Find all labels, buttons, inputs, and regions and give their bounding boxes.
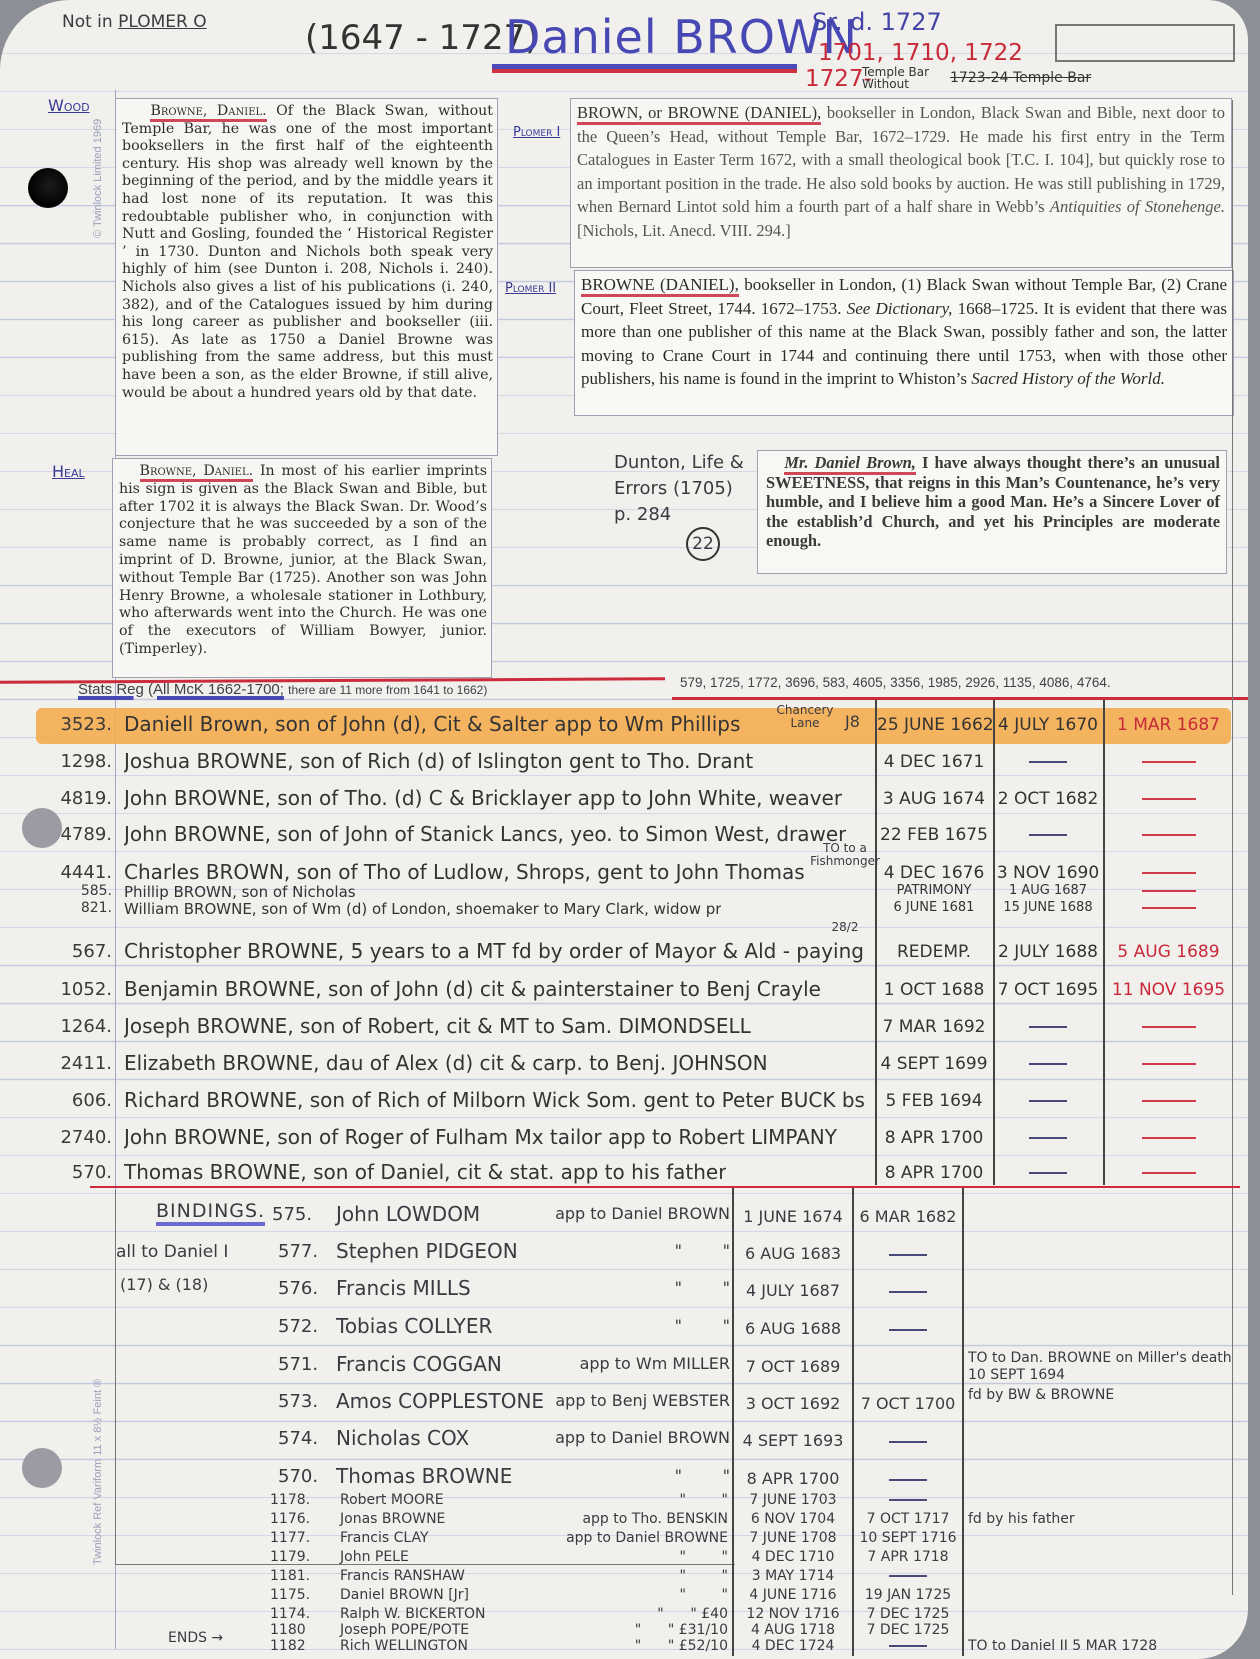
- freed-date: [855, 1319, 961, 1338]
- binding-number: 1177.: [270, 1530, 310, 1546]
- binding-row: 575.John LOWDOMapp to Daniel BROWN1 JUNE…: [0, 1200, 1248, 1236]
- binding-note: TO to Dan. BROWNE on Miller's death 10 S…: [968, 1350, 1233, 1384]
- livery-date: [1105, 825, 1232, 845]
- livery-date: 5 AUG 1689: [1105, 942, 1232, 962]
- bound-date: 4 SEPT 1693: [736, 1431, 850, 1450]
- apprentice-entry: William BROWNE, son of Wm (d) of London,…: [124, 900, 721, 918]
- freed-date: 6 MAR 1682: [855, 1207, 961, 1226]
- dash-mark: [1029, 1172, 1067, 1174]
- apprentice-row: 821.William BROWNE, son of Wm (d) of Lon…: [0, 900, 1248, 918]
- binding-row: 571.Francis COGGANapp to Wm MILLER7 OCT …: [0, 1350, 1248, 1386]
- apprentice-row: 567.Christopher BROWNE, 5 years to a MT …: [0, 935, 1248, 971]
- plomer-i-heading: BROWN, or BROWNE (DANIEL),: [577, 103, 821, 125]
- entry-note: TO to a Fishmonger: [810, 842, 880, 868]
- register-number: 2411.: [40, 1053, 112, 1074]
- binding-row: 577.Stephen PIDGEON" "6 AUG 1683: [0, 1237, 1248, 1273]
- bound-date: 4 DEC 1671: [877, 752, 991, 772]
- binding-name: Francis RANSHAW: [340, 1568, 465, 1584]
- heal-label: Heal: [52, 462, 85, 481]
- dash-mark: [1142, 907, 1196, 909]
- dash-mark: [1029, 1100, 1067, 1102]
- binding-number: 573.: [278, 1391, 318, 1412]
- bound-date: 3 OCT 1692: [736, 1394, 850, 1413]
- lifespan: (1647 - 1727): [305, 18, 538, 58]
- binding-master: " " £52/10: [500, 1638, 728, 1654]
- dash-mark: [1142, 1137, 1196, 1139]
- binding-number: 575.: [272, 1204, 312, 1225]
- binding-master: app to Daniel BROWN: [505, 1428, 730, 1447]
- bound-date: 12 NOV 1716: [736, 1606, 850, 1622]
- freed-date: 2 JULY 1688: [995, 942, 1101, 962]
- bound-date: 7 OCT 1689: [736, 1357, 850, 1376]
- binding-number: 1181.: [270, 1568, 310, 1584]
- freed-date: [855, 1568, 961, 1584]
- binding-name: Stephen PIDGEON: [336, 1239, 518, 1263]
- binding-row: 576.Francis MILLS" "4 JULY 1687: [0, 1274, 1248, 1310]
- binding-number: 1180: [270, 1622, 306, 1638]
- binding-row: 573.Amos COPPLESTONEapp to Benj WEBSTER3…: [0, 1387, 1248, 1423]
- freed-date: [855, 1492, 961, 1508]
- apprentice-entry: Christopher BROWNE, 5 years to a MT fd b…: [124, 939, 864, 963]
- apprentice-row: 606.Richard BROWNE, son of Rich of Milbo…: [0, 1084, 1248, 1120]
- apprentice-row: 585.Phillip BROWN, son of NicholasPATRIM…: [0, 883, 1248, 901]
- dash-mark: [1142, 872, 1196, 874]
- binding-master: app to Tho. BENSKIN: [500, 1511, 728, 1527]
- livery-date: [1105, 1163, 1232, 1183]
- binding-row: 1175.Daniel BROWN [Jr]" "4 JUNE 171619 J…: [0, 1587, 1248, 1605]
- livery-date: [1105, 789, 1232, 809]
- dash-mark: [1029, 1026, 1067, 1028]
- register-number: 821.: [40, 900, 112, 916]
- freed-date: 7 DEC 1725: [855, 1606, 961, 1622]
- register-number: 567.: [40, 941, 112, 962]
- bound-date: 4 JULY 1687: [736, 1281, 850, 1300]
- bound-date: 4 DEC 1710: [736, 1549, 850, 1565]
- binding-name: Francis COGGAN: [336, 1352, 502, 1376]
- freed-date: 2 OCT 1682: [995, 789, 1101, 809]
- title-underline-red: [492, 69, 797, 73]
- binding-name: John PELE: [340, 1549, 409, 1565]
- entry-note: 28/2: [810, 921, 880, 934]
- freed-date: [995, 1128, 1101, 1148]
- freed-date: [855, 1281, 961, 1300]
- livery-date: [1105, 1091, 1232, 1111]
- heal-heading: Browne, Daniel.: [140, 463, 254, 482]
- binding-number: 1176.: [270, 1511, 310, 1527]
- bound-date: 7 JUNE 1708: [736, 1530, 850, 1546]
- binding-name: Tobias COLLYER: [336, 1314, 492, 1338]
- livery-date: 1 MAR 1687: [1105, 715, 1232, 735]
- apprentice-row: 2740.John BROWNE, son of Roger of Fulham…: [0, 1121, 1248, 1157]
- binding-row: 1182Rich WELLINGTON" " £52/104 DEC 1724T…: [0, 1638, 1248, 1656]
- binding-row: 1177.Francis CLAYapp to Daniel BROWNE7 J…: [0, 1530, 1248, 1548]
- binding-row: 1181.Francis RANSHAW" "3 MAY 1714: [0, 1568, 1248, 1586]
- binding-number: 1179.: [270, 1549, 310, 1565]
- binding-name: Francis MILLS: [336, 1276, 471, 1300]
- apprentice-row: 1298.Joshua BROWNE, son of Rich (d) of I…: [0, 745, 1248, 781]
- freed-date: [855, 1469, 961, 1488]
- dunton-source-note: Dunton, Life & Errors (1705) p. 284: [614, 450, 744, 528]
- dash-mark: [1142, 890, 1196, 892]
- freed-date: 10 SEPT 1716: [855, 1530, 961, 1546]
- red-years-note: 1701, 1710, 1722: [818, 40, 1023, 66]
- freed-date: 3 NOV 1690: [995, 863, 1101, 883]
- binding-name: Daniel BROWN [Jr]: [340, 1587, 469, 1603]
- binding-master: " " £40: [500, 1606, 728, 1622]
- bound-date: 4 DEC 1676: [877, 863, 991, 883]
- binding-number: 571.: [278, 1354, 318, 1375]
- plomer-ii-label: Plomer II: [505, 282, 570, 296]
- bound-date: 6 AUG 1688: [736, 1319, 850, 1338]
- freed-date: [995, 825, 1101, 845]
- bound-date: 4 AUG 1718: [736, 1622, 850, 1638]
- register-number: 4819.: [40, 788, 112, 809]
- dash-mark: [1029, 834, 1067, 836]
- bound-date: REDEMP.: [877, 942, 991, 962]
- dash-mark: [889, 1291, 927, 1293]
- apprentice-entry: Daniell Brown, son of John (d), Cit & Sa…: [124, 712, 740, 736]
- livery-date: [1105, 1054, 1232, 1074]
- apprentice-entry: Joseph BROWNE, son of Robert, cit & MT t…: [124, 1014, 751, 1038]
- apprentice-row: 3523.Daniell Brown, son of John (d), Cit…: [0, 708, 1248, 744]
- binding-number: 574.: [278, 1428, 318, 1449]
- register-number: 1264.: [40, 1016, 112, 1037]
- freed-date: 1 AUG 1687: [995, 883, 1101, 898]
- apprentice-row: 1264.Joseph BROWNE, son of Robert, cit &…: [0, 1010, 1248, 1046]
- red-divider: [90, 1186, 1240, 1188]
- red-divider: [672, 697, 1248, 700]
- binding-master: " ": [505, 1278, 730, 1297]
- apprentice-row: 1052.Benjamin BROWNE, son of John (d) ci…: [0, 973, 1248, 1009]
- binding-name: Nicholas COX: [336, 1426, 469, 1450]
- binding-number: 577.: [278, 1241, 318, 1262]
- binding-row: 1176.Jonas BROWNEapp to Tho. BENSKIN6 NO…: [0, 1511, 1248, 1529]
- livery-date: [1105, 752, 1232, 772]
- bound-date: 8 APR 1700: [877, 1128, 991, 1148]
- bound-date: 25 JUNE 1662: [877, 715, 991, 735]
- bound-date: 8 APR 1700: [877, 1163, 991, 1183]
- apprentice-entry: Phillip BROWN, son of Nicholas: [124, 883, 356, 901]
- dash-mark: [1142, 1100, 1196, 1102]
- bound-date: 1 JUNE 1674: [736, 1207, 850, 1226]
- binding-number: 1178.: [270, 1492, 310, 1508]
- binding-master: " ": [500, 1492, 728, 1508]
- binding-number: 1182: [270, 1638, 306, 1654]
- stats-reg-note: Stats Reg (All McK 1662-1700; there are …: [78, 681, 487, 698]
- freed-date: 7 OCT 1700: [855, 1394, 961, 1413]
- freed-date: 7 APR 1718: [855, 1549, 961, 1565]
- bound-date: 4 SEPT 1699: [877, 1054, 991, 1074]
- apprentice-entry: John BROWNE, son of Roger of Fulham Mx t…: [124, 1125, 837, 1149]
- register-number: 1298.: [40, 751, 112, 772]
- binding-name: Joseph POPE/POTE: [340, 1622, 469, 1638]
- dash-mark: [889, 1254, 927, 1256]
- entry-note: Chancery Lane: [775, 704, 835, 730]
- stats-reg-numbers: 579, 1725, 1772, 3696, 583, 4605, 3356, …: [680, 675, 1111, 690]
- bound-date: 7 MAR 1692: [877, 1017, 991, 1037]
- freed-date: 19 JAN 1725: [855, 1587, 961, 1603]
- register-number: 3523.: [40, 714, 112, 735]
- binding-row: 1179.John PELE" "4 DEC 17107 APR 1718: [0, 1549, 1248, 1567]
- plomer-i-label: Plomer I: [513, 126, 563, 140]
- binding-master: " ": [505, 1241, 730, 1260]
- binding-name: Jonas BROWNE: [340, 1511, 445, 1527]
- register-number: 4441.: [40, 862, 112, 883]
- bound-date: 3 MAY 1714: [736, 1568, 850, 1584]
- binding-master: app to Daniel BROWN: [505, 1204, 730, 1223]
- bound-date: PATRIMONY: [877, 883, 991, 898]
- twinlock-imprint-top: © Twinlock Limited 1969: [92, 119, 104, 238]
- binding-name: John LOWDOM: [336, 1202, 480, 1226]
- register-number: 606.: [40, 1090, 112, 1111]
- freed-date: [855, 1244, 961, 1263]
- bound-date: 4 JUNE 1716: [736, 1587, 850, 1603]
- record-card: © Twinlock Limited 1969 Twinlock Ref Var…: [0, 0, 1248, 1659]
- binding-master: " ": [500, 1549, 728, 1565]
- dash-mark: [889, 1499, 927, 1501]
- apprentice-entry: Joshua BROWNE, son of Rich (d) of Isling…: [124, 749, 753, 773]
- freed-date: 7 DEC 1725: [855, 1622, 961, 1638]
- page-title: Daniel BROWN: [505, 10, 858, 64]
- dash-mark: [889, 1441, 927, 1443]
- dash-mark: [889, 1575, 927, 1577]
- dash-mark: [1142, 798, 1196, 800]
- binding-name: Thomas BROWNE: [336, 1464, 512, 1488]
- register-number: 2740.: [40, 1127, 112, 1148]
- heal-clipping: Browne, Daniel. In most of his earlier i…: [112, 458, 492, 678]
- bound-date: 22 FEB 1675: [877, 825, 991, 845]
- bound-date: 3 AUG 1674: [877, 789, 991, 809]
- bound-date: 1 OCT 1688: [877, 980, 991, 1000]
- dash-mark: [889, 1479, 927, 1481]
- plomer-ii-clipping: BROWNE (DANIEL), bookseller in London, (…: [574, 270, 1234, 416]
- temple-bar-note: Temple Bar Without: [862, 66, 929, 90]
- bound-date: 6 NOV 1704: [736, 1511, 850, 1527]
- bound-date: 4 DEC 1724: [736, 1638, 850, 1654]
- binding-master: app to Wm MILLER: [505, 1354, 730, 1373]
- freed-date: [855, 1638, 961, 1654]
- senior-death-note: Sr. d. 1727: [812, 8, 942, 36]
- dash-mark: [1029, 1137, 1067, 1139]
- binding-note: fd by BW & BROWNE: [968, 1387, 1233, 1404]
- dash-mark: [889, 1645, 927, 1647]
- struck-out-note: 1723-24 Temple Bar: [950, 70, 1091, 86]
- livery-date: [1105, 900, 1232, 915]
- register-number: 570.: [40, 1162, 112, 1183]
- dash-mark: [1142, 1063, 1196, 1065]
- binding-row: 572.Tobias COLLYER" "6 AUG 1688: [0, 1312, 1248, 1348]
- freed-date: [995, 1163, 1101, 1183]
- freed-date: 15 JUNE 1688: [995, 900, 1101, 915]
- binding-master: app to Daniel BROWNE: [500, 1530, 728, 1546]
- livery-date: [1105, 883, 1232, 898]
- dash-mark: [1029, 1063, 1067, 1065]
- dunton-clipping: Mr. Daniel Brown, I have always thought …: [757, 450, 1227, 574]
- bound-date: 6 JUNE 1681: [877, 900, 991, 915]
- freed-date: [855, 1431, 961, 1450]
- punch-hole: [28, 168, 68, 208]
- freed-date: [995, 1017, 1101, 1037]
- apprentice-entry: Elizabeth BROWNE, dau of Alex (d) cit & …: [124, 1051, 768, 1075]
- apprentice-entry: John BROWNE, son of John of Stanick Lanc…: [124, 822, 846, 846]
- dash-mark: [1142, 1026, 1196, 1028]
- binding-number: 1174.: [270, 1606, 310, 1622]
- binding-number: 572.: [278, 1316, 318, 1337]
- binding-name: Robert MOORE: [340, 1492, 444, 1508]
- apprentice-row: 4819.John BROWNE, son of Tho. (d) C & Br…: [0, 782, 1248, 818]
- binding-number: 576.: [278, 1278, 318, 1299]
- freed-date: 4 JULY 1670: [995, 715, 1101, 735]
- binding-name: Francis CLAY: [340, 1530, 429, 1546]
- apprentice-entry: John BROWNE, son of Tho. (d) C & Brickla…: [124, 786, 842, 810]
- binding-row: 1178.Robert MOORE" "7 JUNE 1703: [0, 1492, 1248, 1510]
- binding-note: TO to Daniel II 5 MAR 1728: [968, 1638, 1157, 1654]
- entry-flag: J8: [845, 712, 860, 731]
- binding-master: app to Benj WEBSTER: [505, 1391, 730, 1410]
- apprentice-row: 2411.Elizabeth BROWNE, dau of Alex (d) c…: [0, 1047, 1248, 1083]
- dash-mark: [889, 1329, 927, 1331]
- index-box: [1055, 24, 1235, 62]
- wood-clipping: Browne, Daniel. Of the Black Swan, witho…: [115, 98, 498, 456]
- apprentice-entry: Thomas BROWNE, son of Daniel, cit & stat…: [124, 1160, 726, 1184]
- livery-date: [1105, 1128, 1232, 1148]
- not-in-plomer-note: Not in PLOMER O: [62, 12, 207, 32]
- binding-row: 574.Nicholas COXapp to Daniel BROWN4 SEP…: [0, 1424, 1248, 1460]
- binding-master: " ": [500, 1568, 728, 1584]
- binding-number: 570.: [278, 1466, 318, 1487]
- bound-date: 5 FEB 1694: [877, 1091, 991, 1111]
- apprentice-row: 4789.John BROWNE, son of John of Stanick…: [0, 818, 1248, 854]
- binding-name: Rich WELLINGTON: [340, 1638, 468, 1654]
- bound-date: 6 AUG 1683: [736, 1244, 850, 1263]
- dash-mark: [1142, 834, 1196, 836]
- apprentice-entry: Charles BROWN, son of Tho of Ludlow, Shr…: [124, 860, 805, 884]
- binding-name: Ralph W. BICKERTON: [340, 1606, 486, 1622]
- binding-number: 1175.: [270, 1587, 310, 1603]
- register-number: 1052.: [40, 979, 112, 1000]
- freed-date: 7 OCT 1695: [995, 980, 1101, 1000]
- apprentice-entry: Richard BROWNE, son of Rich of Milborn W…: [124, 1088, 865, 1112]
- plomer-i-clipping: BROWN, or BROWNE (DANIEL), bookseller in…: [570, 98, 1232, 268]
- dash-mark: [1142, 761, 1196, 763]
- bound-date: 8 APR 1700: [736, 1469, 850, 1488]
- circled-number: 22: [686, 527, 720, 561]
- wood-label: Wood: [48, 96, 90, 115]
- freed-date: [995, 1091, 1101, 1111]
- freed-date: [995, 1054, 1101, 1074]
- apprentice-entry: Benjamin BROWNE, son of John (d) cit & p…: [124, 977, 821, 1001]
- livery-date: 11 NOV 1695: [1105, 980, 1232, 1000]
- binding-master: " " £31/10: [500, 1622, 728, 1638]
- binding-master: " ": [500, 1587, 728, 1603]
- register-number: 4789.: [40, 824, 112, 845]
- plomer-ii-heading: BROWNE (DANIEL),: [581, 275, 739, 297]
- binding-master: " ": [505, 1466, 730, 1485]
- bound-date: 7 JUNE 1703: [736, 1492, 850, 1508]
- register-number: 585.: [40, 883, 112, 899]
- freed-date: [995, 752, 1101, 772]
- dash-mark: [1142, 1172, 1196, 1174]
- dash-mark: [1029, 761, 1067, 763]
- freed-date: 7 OCT 1717: [855, 1511, 961, 1527]
- binding-master: " ": [505, 1316, 730, 1335]
- livery-date: [1105, 863, 1232, 883]
- binding-note: fd by his father: [968, 1511, 1075, 1527]
- wood-heading: Browne, Daniel.: [150, 103, 266, 122]
- livery-date: [1105, 1017, 1232, 1037]
